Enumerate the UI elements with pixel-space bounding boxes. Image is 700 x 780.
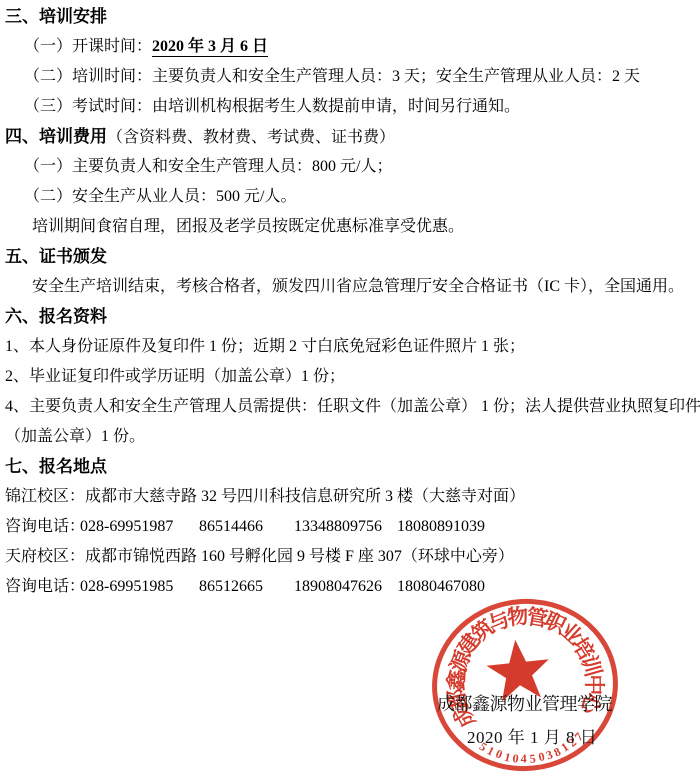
seal-date: 2020 年 1 月 8 日 <box>467 723 597 748</box>
phone-number: 18908047626 <box>294 572 382 602</box>
section-4-heading: 四、培训费用（含资料费、教材费、考试费、证书费） <box>5 122 692 152</box>
phone-number: 13348809756 <box>294 512 382 542</box>
phone-number: 86514466 <box>199 512 263 542</box>
seal-serial-digit: 4 <box>521 753 527 765</box>
document-page: 三、培训安排 （一）开课时间：2020 年 3 月 6 日 （二）培训时间：主要… <box>0 0 700 780</box>
item-fee-workers: （二）安全生产从业人员：500 元/人。 <box>5 182 692 212</box>
phone-number: 028-69951985 <box>80 572 173 602</box>
seal-inner: 成都鑫源建筑与物管职业培训中心 5101045038127 <box>421 588 628 780</box>
para-certificate: 安全生产培训结束，考核合格者，颁发四川省应急管理厅安全合格证书（IC 卡），全国… <box>5 272 692 302</box>
section-5-heading: 五、证书颁发 <box>5 242 692 272</box>
phone-label: 咨询电话： <box>5 578 85 595</box>
section-6-heading: 六、报名资料 <box>5 302 692 332</box>
campus-jinjiang-address: 锦江校区：成都市大慈寺路 32 号四川科技信息研究所 3 楼（大慈寺对面） <box>5 482 692 512</box>
document-body: 三、培训安排 （一）开课时间：2020 年 3 月 6 日 （二）培训时间：主要… <box>0 0 700 602</box>
item-material-4: 4、主要负责人和安全生产管理人员需提供：任职文件（加盖公章） 1 份；法人提供营… <box>5 392 692 422</box>
item-exam-time: （三）考试时间：由培训机构根据考生人数提前申请，时间另行通知。 <box>5 92 692 122</box>
seal-organization-name: 成都鑫源物业管理学院 <box>437 690 612 716</box>
phone-line-1: 咨询电话： 028-69951987 86514466 13348809756 … <box>5 512 692 542</box>
phone-number: 86512665 <box>199 572 263 602</box>
opening-date: 2020 年 3 月 6 日 <box>152 38 268 57</box>
para-fee-note: 培训期间食宿自理，团报及老学员按既定优惠标准享受优惠。 <box>5 212 692 242</box>
opening-time-label: （一）开课时间： <box>24 38 152 55</box>
item-material-2: 2、毕业证复印件或学历证明（加盖公章）1 份； <box>5 362 692 392</box>
seal-serial-digit: 5 <box>529 752 536 765</box>
item-material-1: 1、本人身份证原件及复印件 1 份；近期 2 寸白底免冠彩色证件照片 1 张； <box>5 332 692 362</box>
phone-number: 18080891039 <box>397 512 485 542</box>
item-material-4-cont: （加盖公章）1 份。 <box>5 422 692 452</box>
item-fee-managers: （一）主要负责人和安全生产管理人员：800 元/人； <box>5 152 692 182</box>
item-training-duration: （二）培训时间：主要负责人和安全生产管理人员：3 天；安全生产管理从业人员：2 … <box>5 62 692 92</box>
phone-number: 028-69951987 <box>80 512 173 542</box>
section-7-heading: 七、报名地点 <box>5 452 692 482</box>
section-4-note: （含资料费、教材费、考试费、证书费） <box>107 129 395 146</box>
campus-tianfu-address: 天府校区：成都市锦悦西路 160 号孵化园 9 号楼 F 座 307（环球中心旁… <box>5 542 692 572</box>
section-4-title: 四、培训费用 <box>5 127 107 146</box>
phone-label: 咨询电话： <box>5 518 85 535</box>
item-opening-time: （一）开课时间：2020 年 3 月 6 日 <box>5 32 692 62</box>
section-3-heading: 三、培训安排 <box>5 2 692 32</box>
